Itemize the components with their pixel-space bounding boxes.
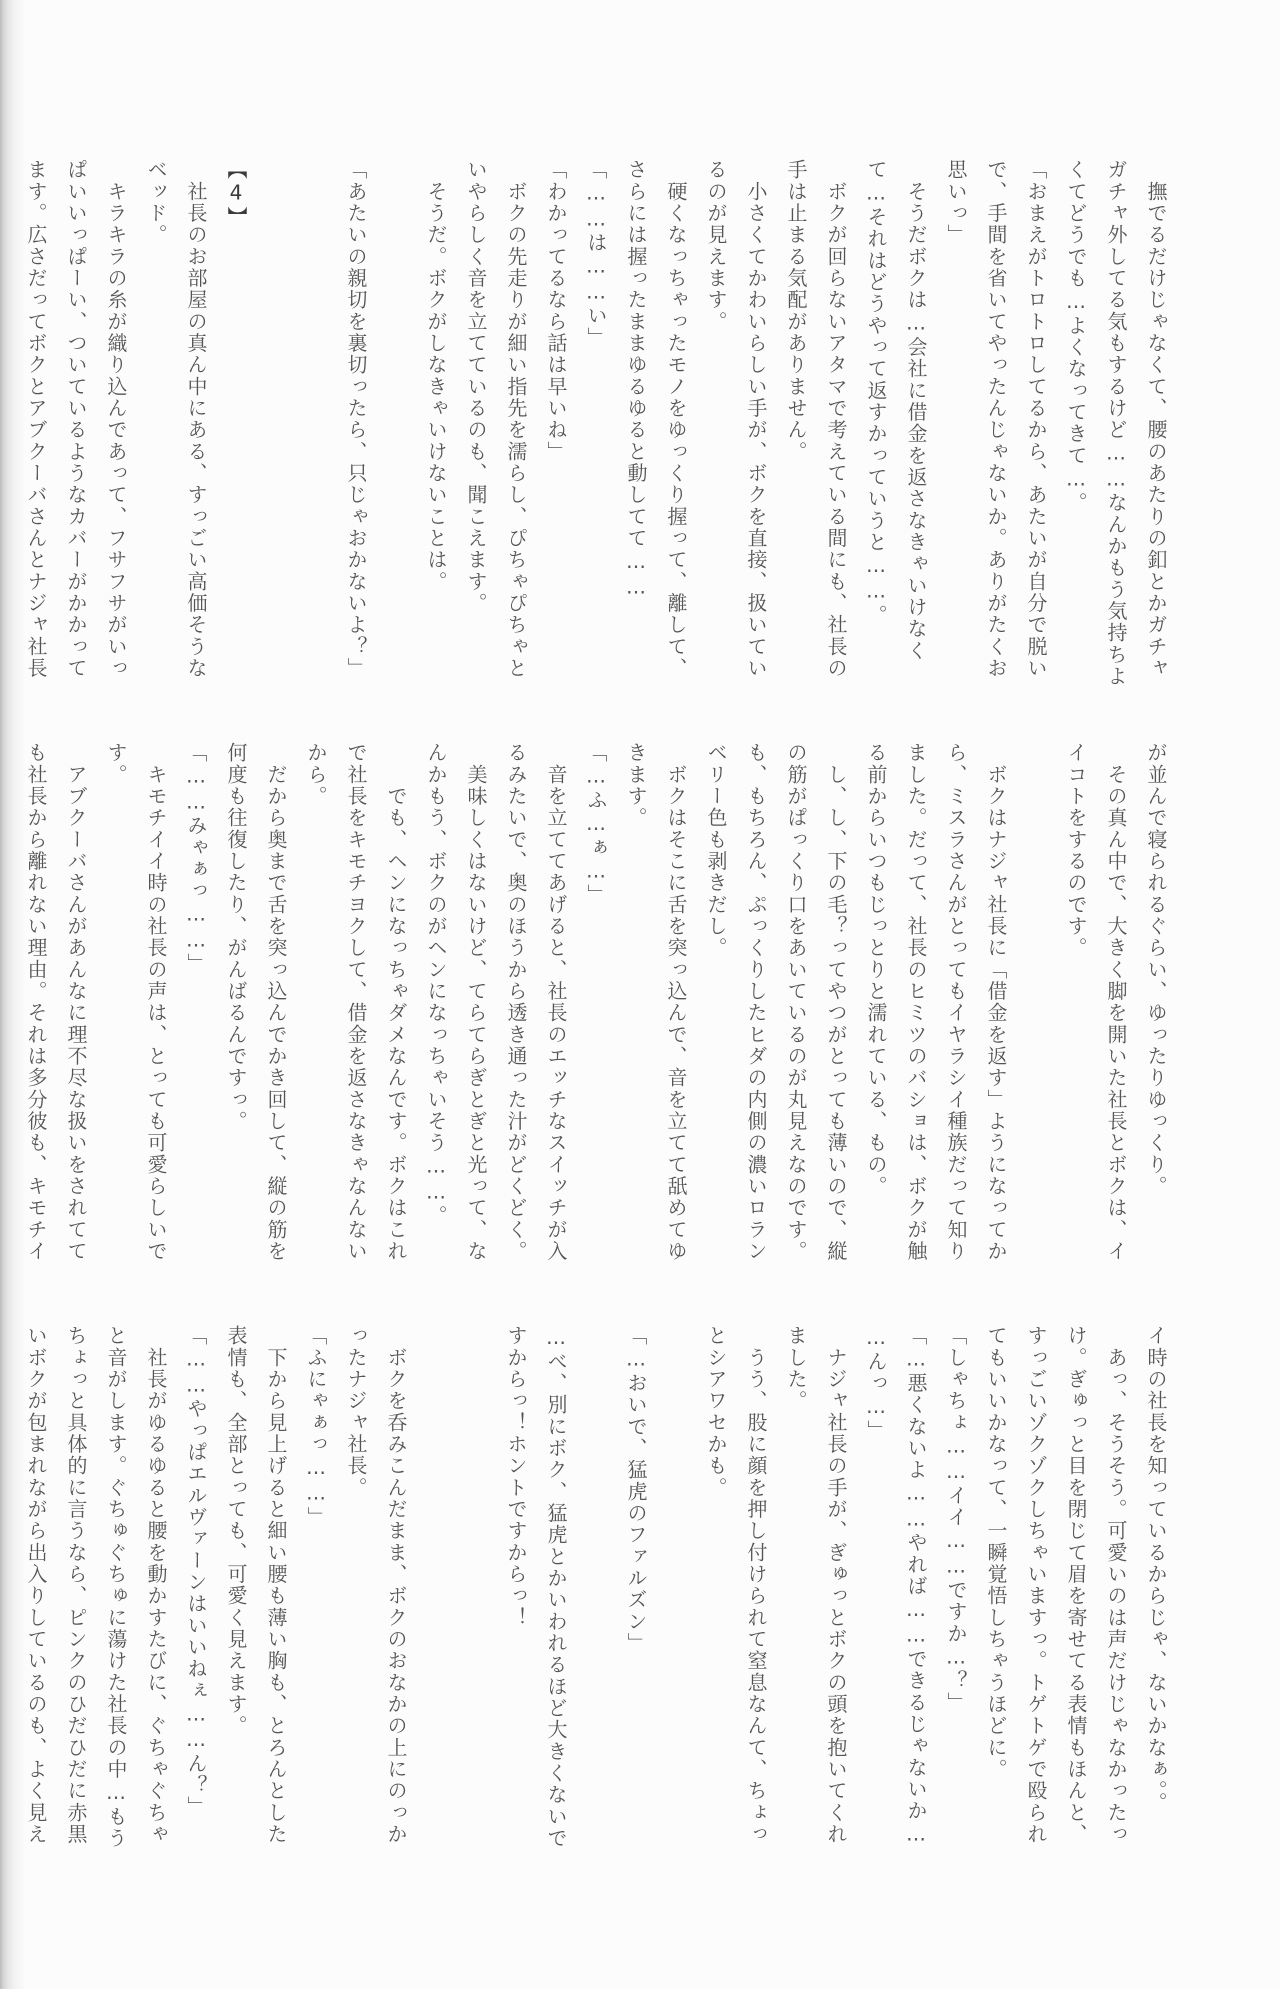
text-column: 硬くなっちゃったモノをゆっくり握って、離して、 xyxy=(656,159,696,681)
text-column: てもいいかなって、一瞬覚悟しちゃうほどに。 xyxy=(976,1325,1016,1847)
text-column: け。ぎゅっと目を閉じて眉を寄せてる表情もほんと、 xyxy=(1056,1325,1096,1847)
text-column: ボクはナジャ社長に「借金を返す」ようになってか xyxy=(976,742,1016,1264)
text-column: 手は止まる気配がありません。 xyxy=(776,159,816,681)
text-column: ボクの先走りが細い指先を濡らし、ぴちゃぴちゃと xyxy=(496,159,536,681)
text-column: の筋がぱっくり口をあいているのが丸見えなのです。 xyxy=(776,742,816,1264)
text-column: 撫でるだけじゃなくて、腰のあたりの釦とかガチャ xyxy=(1136,159,1176,681)
text-column: んかもう、ボクのがヘンになっちゃいそう……。 xyxy=(416,742,456,1264)
blank-column xyxy=(416,1325,456,1847)
blank-column xyxy=(256,159,296,681)
blank-column xyxy=(296,159,336,681)
text-column: 社長がゆるゆると腰を動かすたびに、ぐちゃぐちゃ xyxy=(136,1325,176,1847)
text-column: ぱいいっぱーい、ついているようなカバーがかかって xyxy=(56,159,96,681)
text-column: あっ、そうそう。可愛いのは声だけじゃなかったっ xyxy=(1096,1325,1136,1847)
section-heading: 【4】 xyxy=(216,159,256,681)
text-column: し、し、下の毛？ってやつがとっても薄いので、縦 xyxy=(816,742,856,1264)
dialogue-column: 「…ふ…ぁ…」 xyxy=(576,742,616,1264)
dialogue-column: 「おまえがトロトロしてるから、あたいが自分で脱い xyxy=(1016,159,1056,681)
text-column: とシアワセかも。 xyxy=(696,1325,736,1847)
text-column: そうだボクは…会社に借金を返さなきゃいけなく xyxy=(896,159,936,681)
text-column: くてどうでも…よくなってきて…。 xyxy=(1056,159,1096,681)
text-column: ボクはそこに舌を突っ込んで、音を立てて舐めてゆ xyxy=(656,742,696,1264)
text-column: ます。広さだってボクとアブクーバさんとナジャ社長 xyxy=(16,159,56,681)
text-column: イ時の社長を知っているからじゃ、ないかなぁ。。 xyxy=(1136,1325,1176,1847)
text-column: す。 xyxy=(96,742,136,1264)
dialogue-column: で、手間を省いてやったんじゃないか。ありがたくお xyxy=(976,159,1016,681)
text-column: 下から見上げると細い腰も薄い胸も、とろんとした xyxy=(256,1325,296,1847)
text-column: いやらしく音を立てているのも、聞こえます。 xyxy=(456,159,496,681)
text-column: て…それはどうやって返すかっていうと……。 xyxy=(856,159,896,681)
text-column: すからっ！ホントですからっ！ xyxy=(496,1325,536,1847)
text-column: 音を立ててあげると、社長のエッチなスイッチが入 xyxy=(536,742,576,1264)
text-column: 社長のお部屋の真ん中にある、すっごい高価そうな xyxy=(176,159,216,681)
text-column: ガチャ外してる気もするけど……なんかもう気持ちよ xyxy=(1096,159,1136,681)
text-column: そうだ。ボクがしなきゃいけないことは。 xyxy=(416,159,456,681)
text-column: ちょっと具体的に言うなら、ピンクのひだひだに赤黒 xyxy=(56,1325,96,1847)
text-column: 表情も、全部とっても、可愛く見えます。 xyxy=(216,1325,256,1847)
text-column: だから奥まで舌を突っ込んでかき回して、縦の筋を xyxy=(256,742,296,1264)
text-column: いボクが包まれながら出入りしているのも、よく見え xyxy=(16,1325,56,1847)
text-tier-top: 撫でるだけじゃなくて、腰のあたりの釦とかガチャ ガチャ外してる気もするけど……な… xyxy=(16,159,1176,681)
text-column: で社長をキモチヨクして、借金を返さなきゃなんない xyxy=(336,742,376,1264)
dialogue-column: 「……みゃぁっ……」 xyxy=(176,742,216,1264)
text-column: ました。 xyxy=(776,1325,816,1847)
dialogue-column: 「ふにゃぁっ……」 xyxy=(296,1325,336,1847)
text-column: …べ、別にボク、猛虎とかいわれるほど大きくないで xyxy=(536,1325,576,1847)
dialogue-column: 「あたいの親切を裏切ったら、只じゃおかないよ？」 xyxy=(336,159,376,681)
blank-column xyxy=(656,1325,696,1847)
text-column: さらには握ったままゆるゆると動してて…… xyxy=(616,159,656,681)
dialogue-column: 「わかってるなら話は早いね」 xyxy=(536,159,576,681)
text-column: イコトをするのです。 xyxy=(1056,742,1096,1264)
text-column: うう、股に顔を押し付けられて窒息なんて、ちょっ xyxy=(736,1325,776,1847)
blank-column xyxy=(456,1325,496,1847)
text-column: ベリー色も剥きだし。 xyxy=(696,742,736,1264)
text-tier-bottom: イ時の社長を知っているからじゃ、ないかなぁ。。 あっ、そうそう。可愛いのは声だけ… xyxy=(16,1325,1176,1847)
dialogue-column: 「…おいで、猛虎のファルズン」 xyxy=(616,1325,656,1847)
text-column: る前からいつもじっとりと濡れている、もの。 xyxy=(856,742,896,1264)
text-column: ボクを呑みこんだまま、ボクのおなかの上にのっか xyxy=(376,1325,416,1847)
text-column: ら、ミスラさんがとってもイヤラシイ種族だって知り xyxy=(936,742,976,1264)
text-column: きます。 xyxy=(616,742,656,1264)
text-column: すっごいゾクゾクしちゃいますっ。トゲトゲで殴られ xyxy=(1016,1325,1056,1847)
text-column: と音がします。ぐちゅぐちゅに蕩けた社長の中…もう xyxy=(96,1325,136,1847)
text-column: も、もちろん、ぷっくりしたヒダの内側の濃いロラン xyxy=(736,742,776,1264)
text-column: ました。だって、社長のヒミツのバショは、ボクが触 xyxy=(896,742,936,1264)
text-column: 何度も往復したり、がんばるんですっ。 xyxy=(216,742,256,1264)
dialogue-column: …んっ…」 xyxy=(856,1325,896,1847)
text-tier-middle: が並んで寝られるぐらい、ゆったりゆっくり。 その真ん中で、大きく脚を開いた社長と… xyxy=(16,742,1176,1264)
text-column: が並んで寝られるぐらい、ゆったりゆっくり。 xyxy=(1136,742,1176,1264)
dialogue-column: 「……やっぱエルヴァーンはいいねぇ……ん？」 xyxy=(176,1325,216,1847)
blank-column xyxy=(1016,742,1056,1264)
dialogue-column: 「……は……い」 xyxy=(576,159,616,681)
text-column: るのが見えます。 xyxy=(696,159,736,681)
text-column: アブクーバさんがあんなに理不尽な扱いをされてて xyxy=(56,742,96,1264)
dialogue-column: 「…悪くないよ……やれば……できるじゃないか… xyxy=(896,1325,936,1847)
text-column: も社長から離れない理由。それは多分彼も、キモチイ xyxy=(16,742,56,1264)
text-column: ベッド。 xyxy=(136,159,176,681)
text-column: るみたいで、奥のほうから透き通った汁がどくどく。 xyxy=(496,742,536,1264)
text-column: キラキラの糸が織り込んであって、フサフサがいっ xyxy=(96,159,136,681)
text-column: ボクが回らないアタマで考えている間にも、社長の xyxy=(816,159,856,681)
text-column: ったナジャ社長。 xyxy=(336,1325,376,1847)
text-column: 美味しくはないけど、てらてらぎとぎと光って、な xyxy=(456,742,496,1264)
blank-column xyxy=(376,159,416,681)
text-column: その真ん中で、大きく脚を開いた社長とボクは、イ xyxy=(1096,742,1136,1264)
dialogue-column: 思いっ」 xyxy=(936,159,976,681)
blank-column xyxy=(576,1325,616,1847)
text-column: から。 xyxy=(296,742,336,1264)
text-column: でも、ヘンになっちゃダメなんです。ボクはこれ xyxy=(376,742,416,1264)
text-column: キモチイイ時の社長の声は、とっても可愛らしいで xyxy=(136,742,176,1264)
dialogue-column: 「しゃちょ……イイ……ですか…？」 xyxy=(936,1325,976,1847)
text-column: ナジャ社長の手が、ぎゅっとボクの頭を抱いてくれ xyxy=(816,1325,856,1847)
text-column: 小さくてかわいらしい手が、ボクを直接、扱いてい xyxy=(736,159,776,681)
